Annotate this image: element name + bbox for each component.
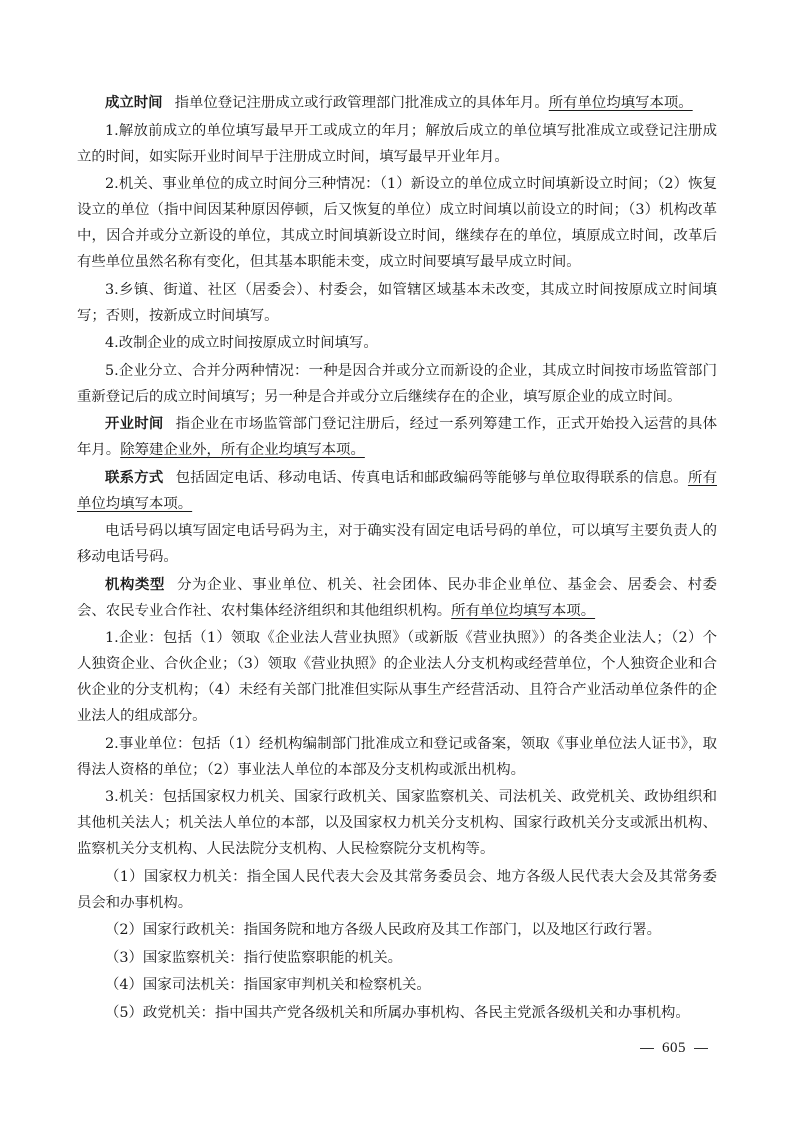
- term-label: 开业时间: [105, 416, 164, 432]
- definition-establishment-time: 成立时间指单位登记注册成立或行政管理部门批准成立的具体年月。所有单位均填写本项。: [77, 90, 717, 116]
- document-page: 成立时间指单位登记注册成立或行政管理部门批准成立的具体年月。所有单位均填写本项。…: [77, 90, 717, 1027]
- rule-item: 3.乡镇、街道、社区（居委会）、村委会，如管辖区域基本未改变，其成立时间按原成立…: [77, 277, 717, 329]
- requirement-note: 除筹建企业外，所有企业均填写本项。: [120, 442, 365, 458]
- dash-decoration: [694, 1048, 708, 1049]
- sub-rule-item: （2）国家行政机关：指国务院和地方各级人民政府及其工作部门，以及地区行政行署。: [77, 917, 717, 943]
- term-label: 成立时间: [105, 95, 163, 111]
- definition-opening-time: 开业时间指企业在市场监管部门登记注册后，经过一系列筹建工作，正式开始投入运营的具…: [77, 411, 717, 463]
- rule-item: 1.企业：包括（1）领取《企业法人营业执照》（或新版《营业执照》）的各类企业法人…: [77, 625, 717, 729]
- page-number: 605: [662, 1040, 686, 1056]
- sub-rule-item: （1）国家权力机关：指全国人民代表大会及其常务委员会、地方各级人民代表大会及其常…: [77, 864, 717, 916]
- definition-org-type: 机构类型分为企业、事业单位、机关、社会团体、民办非企业单位、基金会、居委会、村委…: [77, 572, 717, 624]
- rule-item: 3.机关：包括国家权力机关、国家行政机关、国家监察机关、司法机关、政党机关、政协…: [77, 784, 717, 862]
- sub-rule-item: （5）政党机关：指中国共产党各级机关和所属办事机构、各民主党派各级机关和办事机构…: [77, 1000, 717, 1026]
- requirement-note: 所有单位均填写本项。: [451, 603, 595, 619]
- rule-item: 2.事业单位：包括（1）经机构编制部门批准成立和登记或备案，领取《事业单位法人证…: [77, 731, 717, 783]
- rule-item: 5.企业分立、合并分两种情况：一种是因合并或分立而新设的企业，其成立时间按市场监…: [77, 358, 717, 410]
- dash-decoration: [640, 1048, 654, 1049]
- definition-text: 分为企业、事业单位、机关、社会团体、民办非企业单位、基金会、居委会、村委会、农民…: [77, 577, 717, 619]
- page-footer: 605: [632, 1040, 716, 1057]
- definition-contact-info: 联系方式包括固定电话、移动电话、传真电话和邮政编码等能够与单位取得联系的信息。所…: [77, 465, 717, 517]
- rule-item: 4.改制企业的成立时间按原成立时间填写。: [77, 330, 717, 356]
- rule-item: 1.解放前成立的单位填写最早开工或成立的年月；解放后成立的单位填写批准成立或登记…: [77, 118, 717, 170]
- sub-rule-item: （3）国家监察机关：指行使监察职能的机关。: [77, 945, 717, 971]
- definition-text: 指单位登记注册成立或行政管理部门批准成立的具体年月。: [175, 95, 549, 111]
- sub-rule-item: （4）国家司法机关：指国家审判机关和检察机关。: [77, 972, 717, 998]
- rule-item: 2.机关、事业单位的成立时间分三种情况：（1）新设立的单位成立时间填新设立时间；…: [77, 171, 717, 275]
- rule-item: 电话号码以填写固定电话号码为主，对于确实没有固定电话号码的单位，可以填写主要负责…: [77, 518, 717, 570]
- definition-text: 包括固定电话、移动电话、传真电话和邮政编码等能够与单位取得联系的信息。: [176, 470, 688, 486]
- requirement-note: 所有单位均填写本项。: [549, 95, 693, 111]
- term-label: 联系方式: [105, 470, 164, 486]
- term-label: 机构类型: [105, 577, 165, 593]
